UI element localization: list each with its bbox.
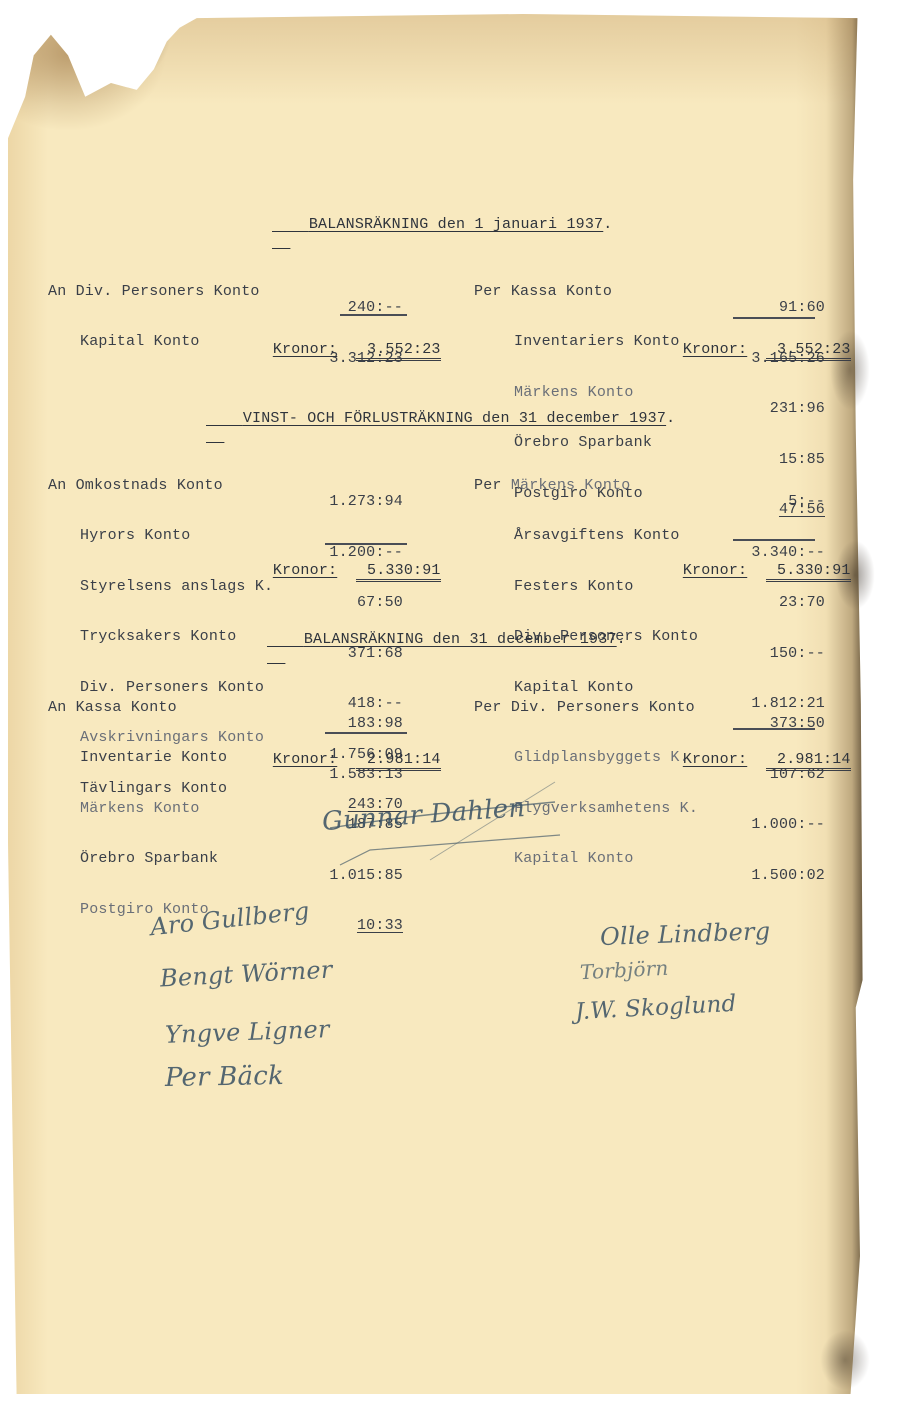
account-name: Kapital Konto bbox=[48, 334, 200, 351]
total-label: Kronor: bbox=[683, 341, 747, 358]
row-label: Per Kassa Konto bbox=[474, 284, 612, 301]
total-amount: 3.552:23 bbox=[356, 342, 441, 361]
signature-flourish-icon bbox=[310, 780, 570, 870]
total-debit-balance-jan: Kronor: 3.552:23 bbox=[236, 324, 441, 378]
signature: Yngve Ligner bbox=[165, 1015, 330, 1049]
total-debit-profit-loss: Kronor: 5.330:91 bbox=[236, 545, 441, 599]
title-period: . bbox=[666, 410, 675, 427]
total-credit-balance-dec: Kronor: 2.981:14 bbox=[646, 734, 851, 788]
title-period: . bbox=[617, 631, 626, 648]
total-credit-balance-jan: Kronor: 3.552:23 bbox=[646, 324, 851, 378]
section-title-text: VINST- OCH FÖRLUSTRÄKNING den 31 decembe… bbox=[243, 410, 666, 427]
sum-rule bbox=[733, 728, 815, 730]
financial-statement-document: BALANSRÄKNING den 1 januari 1937. An Div… bbox=[0, 0, 900, 1405]
total-amount: 5.330:91 bbox=[766, 563, 851, 582]
ledger-row: An Div. Personers Konto 240:-- bbox=[48, 267, 408, 284]
ledger-row: Hyrors Konto 1.200:-- bbox=[48, 512, 408, 529]
total-credit-profit-loss: Kronor: 5.330:91 bbox=[646, 545, 851, 599]
ledger-row: Per Div. Personers Konto 373:50 bbox=[474, 683, 834, 700]
amount: 373:50 bbox=[679, 716, 825, 733]
sum-rule bbox=[340, 314, 407, 316]
account-name: Trycksakers Konto bbox=[48, 629, 236, 646]
row-label: Per Märkens Konto bbox=[474, 478, 630, 495]
account-name: Inventarie Konto bbox=[48, 750, 227, 767]
signature: Olle Lindberg bbox=[600, 917, 771, 951]
total-amount: 3.552:23 bbox=[766, 342, 851, 361]
credit-prefix: Per bbox=[474, 477, 502, 494]
total-amount: 2.981:14 bbox=[356, 752, 441, 771]
signature: Per Bäck bbox=[165, 1061, 284, 1093]
amount: 1.500:02 bbox=[679, 868, 825, 885]
row-label: Per Div. Personers Konto bbox=[474, 700, 695, 717]
total-label: Kronor: bbox=[273, 341, 337, 358]
total-label: Kronor: bbox=[273, 562, 337, 579]
amount: 183:98 bbox=[248, 716, 403, 733]
amount: 1.273:94 bbox=[248, 494, 403, 511]
total-label: Kronor: bbox=[683, 562, 747, 579]
row-label: An Div. Personers Konto bbox=[48, 284, 260, 301]
sum-rule bbox=[733, 539, 815, 541]
total-label: Kronor: bbox=[683, 751, 747, 768]
signature: J.W. Skoglund bbox=[574, 991, 737, 1025]
ledger-row: An Kassa Konto 183:98 bbox=[48, 683, 408, 700]
signature: Torbjörn bbox=[579, 956, 669, 985]
debit-prefix: An bbox=[48, 699, 66, 716]
ledger-row: Postgiro Konto 10:33 bbox=[48, 885, 408, 902]
title-period: . bbox=[603, 216, 612, 233]
ledger-row: An Omkostnads Konto 1.273:94 bbox=[48, 461, 408, 478]
ledger-row: Årsavgiftens Konto 3.340:-- bbox=[474, 512, 834, 529]
section-title-text: BALANSRÄKNING den 31 december 1937 bbox=[304, 631, 617, 648]
amount: 5:-- bbox=[679, 494, 825, 511]
account-name: Festers Konto bbox=[474, 579, 634, 596]
account-name: Märkens Konto bbox=[511, 477, 631, 494]
account-name: Omkostnads Konto bbox=[76, 477, 223, 494]
account-name: Kassa Konto bbox=[76, 699, 177, 716]
ledger-row: Per Märkens Konto 5:-- bbox=[474, 461, 834, 478]
row-label: An Omkostnads Konto bbox=[48, 478, 223, 495]
amount: 231:96 bbox=[679, 401, 825, 418]
credit-prefix: Per bbox=[474, 283, 502, 300]
total-label: Kronor: bbox=[273, 751, 337, 768]
account-name: Örebro Sparbank bbox=[48, 851, 218, 868]
account-name: Märkens Konto bbox=[48, 801, 200, 818]
account-name: Kassa Konto bbox=[511, 283, 612, 300]
ledger-row: Per Kassa Konto 91:60 bbox=[474, 267, 834, 284]
sum-rule bbox=[733, 317, 815, 319]
debit-prefix: An bbox=[48, 477, 66, 494]
account-name: Årsavgiftens Konto bbox=[474, 528, 680, 545]
total-amount: 5.330:91 bbox=[356, 563, 441, 582]
account-name: Hyrors Konto bbox=[48, 528, 190, 545]
section-title-text: BALANSRÄKNING den 1 januari 1937 bbox=[309, 216, 603, 233]
signature: Bengt Wörner bbox=[159, 956, 333, 993]
row-label: An Kassa Konto bbox=[48, 700, 177, 717]
amount: 1.000:-- bbox=[679, 817, 825, 834]
debit-prefix: An bbox=[48, 283, 66, 300]
amount: 91:60 bbox=[679, 300, 825, 317]
account-name: Div. Personers Konto bbox=[511, 699, 695, 716]
account-name: Div. Personers Konto bbox=[76, 283, 260, 300]
total-amount: 2.981:14 bbox=[766, 752, 851, 771]
credit-prefix: Per bbox=[474, 699, 502, 716]
